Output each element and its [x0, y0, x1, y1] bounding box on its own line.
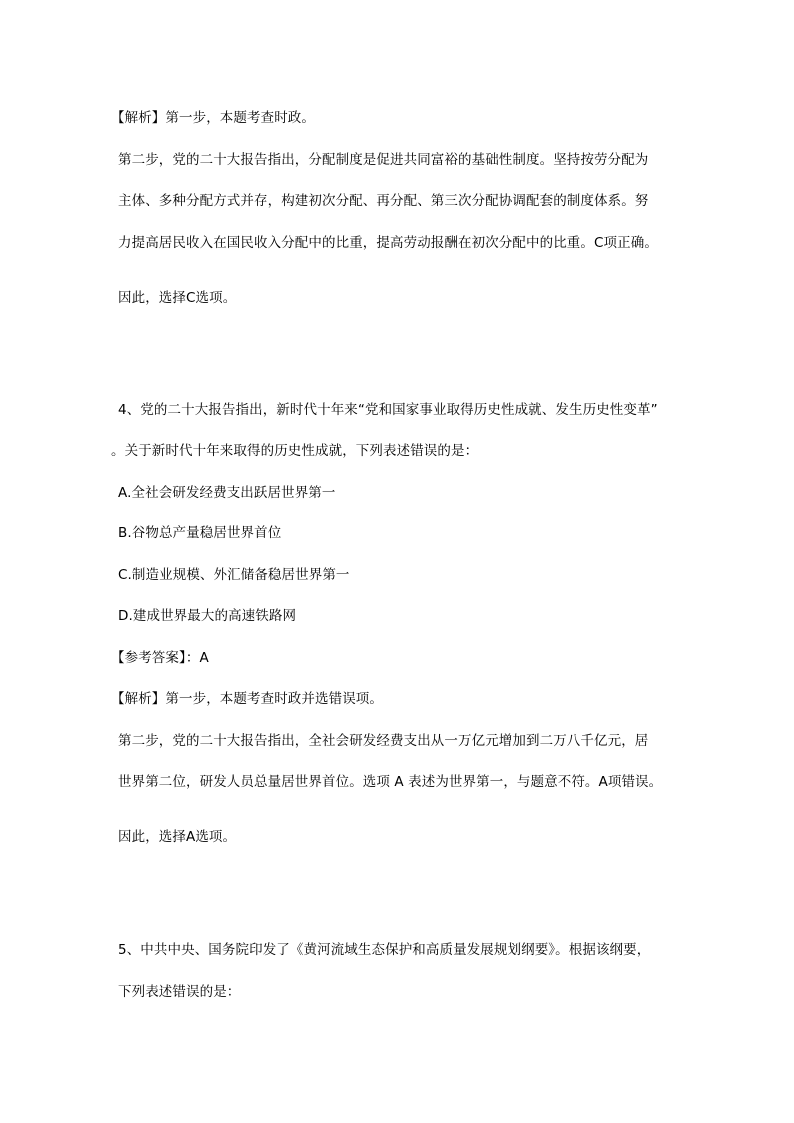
q4-option-d: D.建成世界最大的高速铁路网 — [118, 608, 698, 624]
q4-analysis-step2-line2: 世界第二位，研发人员总量居世界首位。选项 A 表述为世界第一，与题意不符。A项错… — [118, 774, 698, 790]
q4-stem-line1: 4、党的二十大报告指出，新时代十年来“党和国家事业取得历史性成就、发生历史性变革… — [118, 402, 698, 418]
q4-option-b: B.谷物总产量稳居世界首位 — [118, 525, 698, 541]
q3-analysis-step2-line3: 力提高居民收入在国民收入分配中的比重，提高劳动报酬在初次分配中的比重。C项正确。 — [118, 235, 698, 251]
q5-stem-line1: 5、中共中央、国务院印发了《黄河流域生态保护和高质量发展规划纲要》。根据该纲要， — [118, 942, 698, 958]
q5-stem-line2: 下列表述错误的是： — [118, 984, 698, 1000]
q4-answer: 【参考答案】：A — [111, 650, 691, 666]
q4-stem-line2: 。关于新时代十年来取得的历史性成就，下列表述错误的是： — [111, 443, 691, 459]
document-page: 【解析】第一步，本题考查时政。 第二步，党的二十大报告指出，分配制度是促进共同富… — [0, 0, 794, 1123]
q4-conclusion: 因此，选择A选项。 — [118, 829, 698, 845]
q3-analysis-step1: 【解析】第一步，本题考查时政。 — [111, 110, 691, 126]
q4-analysis-step2-line1: 第二步，党的二十大报告指出，全社会研发经费支出从一万亿元增加到二万八千亿元，居 — [118, 733, 698, 749]
q3-analysis-step2-line1: 第二步，党的二十大报告指出，分配制度是促进共同富裕的基础性制度。坚持按劳分配为 — [118, 152, 698, 168]
q3-conclusion: 因此，选择C选项。 — [118, 290, 698, 306]
q4-analysis-step1: 【解析】第一步，本题考查时政并选错误项。 — [111, 691, 691, 707]
q3-analysis-step2-line2: 主体、多种分配方式并存，构建初次分配、再分配、第三次分配协调配套的制度体系。努 — [118, 193, 698, 209]
q4-option-c: C.制造业规模、外汇储备稳居世界第一 — [118, 567, 698, 583]
q4-option-a: A.全社会研发经费支出跃居世界第一 — [118, 485, 698, 501]
